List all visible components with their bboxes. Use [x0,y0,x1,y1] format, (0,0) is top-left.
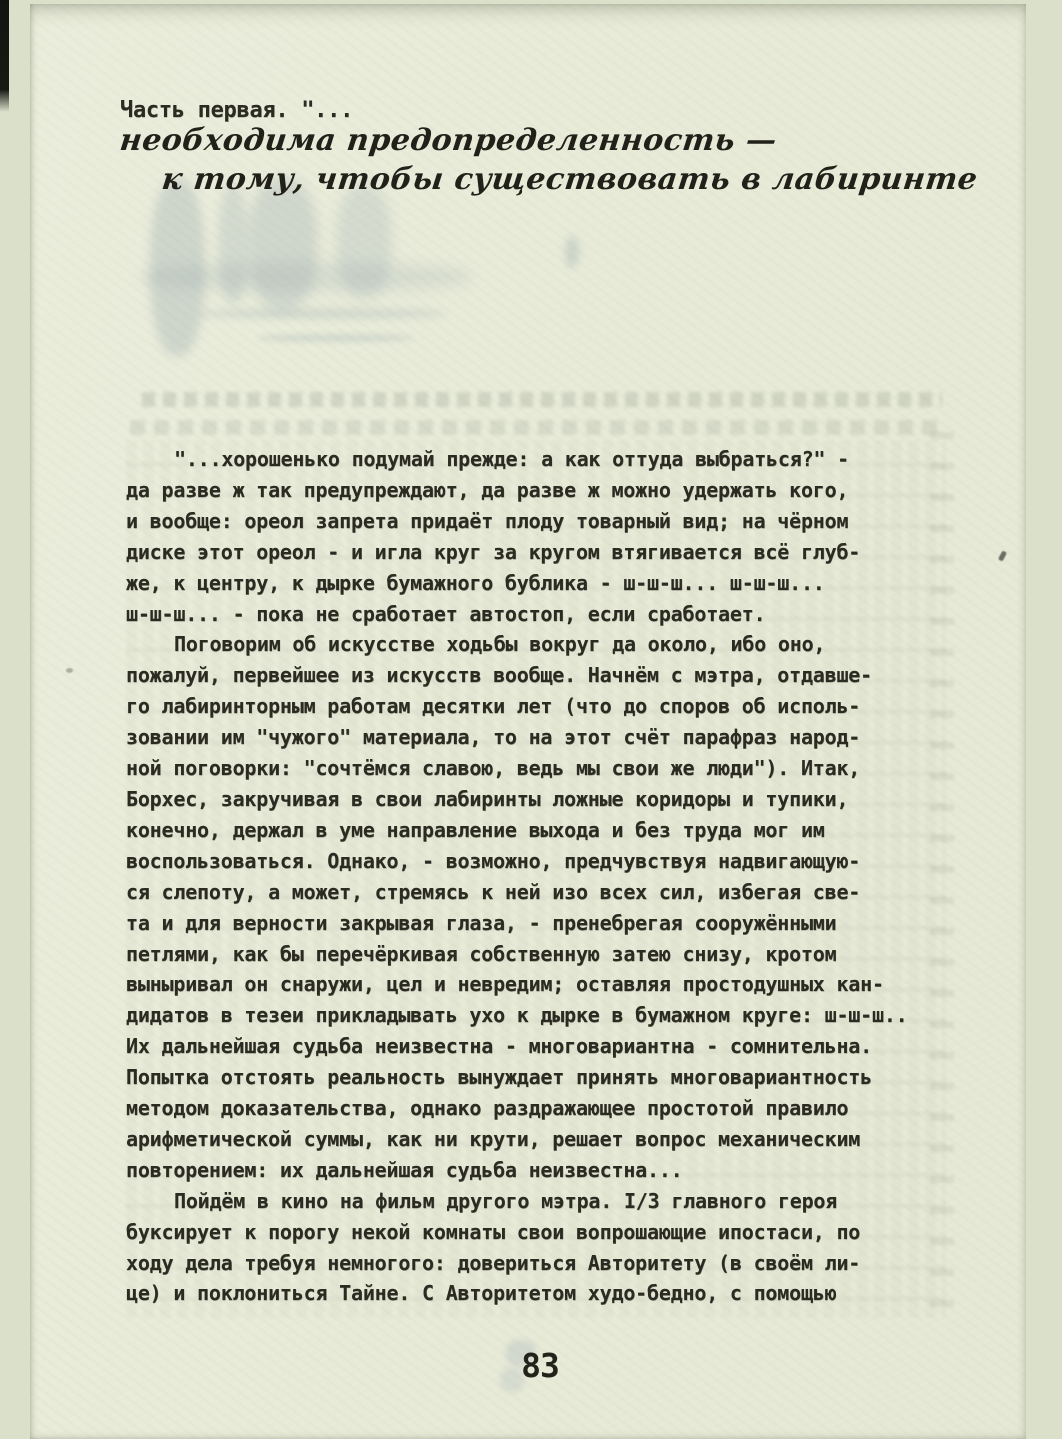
text-line: же, к центру, к дырке бумажного бублика … [126,568,956,599]
ink-smudge [565,236,579,268]
text-line: це) и поклониться Тайне. С Авторитетом х… [126,1278,956,1309]
text-line: конечно, держал в уме направление выхода… [126,815,956,846]
text-line: диске этот ореол - и игла круг за кругом… [126,537,956,568]
text-line: ся слепоту, а может, стремясь к ней изо … [126,877,956,908]
text-line: петлями, как бы перечёркивая собственную… [126,939,956,970]
watermark-blob [258,334,413,342]
text-line: буксирует к порогу некой комнаты свои во… [126,1217,956,1248]
text-line: Поговорим об искусстве ходьбы вокруг да … [126,629,956,660]
chapter-header: Часть первая. "... необходима предопреде… [120,98,980,197]
page-number: 83 [498,1346,582,1385]
text-line: воспользоваться. Однако, - возможно, пре… [126,846,956,877]
text-line: Их дальнейшая судьба неизвестна - многов… [126,1031,956,1062]
text-line: арифметической суммы, как ни крути, реша… [126,1124,956,1155]
paragraph: "...хорошенько подумай прежде: а как отт… [126,444,956,629]
handwritten-quote-line1: необходима предопределенность — [118,123,779,158]
text-line: ходу дела требуя немногого: довериться А… [126,1248,956,1279]
ink-bleed-watermark [140,178,485,373]
watermark-blob [140,262,472,292]
text-line: да разве ж так предупреждают, да разве ж… [126,475,956,506]
text-line: и вообще: ореол запрета придаёт плоду то… [126,506,956,537]
text-line: выныривал он снаружи, цел и невредим; ос… [126,969,956,1000]
bleedthrough-line [142,392,942,407]
scan-edge-artifact [0,0,9,112]
paragraph: Пойдём в кино на фильм другого мэтра. I/… [126,1186,956,1310]
text-line: дидатов в тезеи прикладывать ухо к дырке… [126,1000,956,1031]
ink-speck [66,668,73,673]
text-line: зовании им "чужого" материала, то на это… [126,722,956,753]
text-line: "...хорошенько подумай прежде: а как отт… [126,444,956,475]
text-line: Попытка отстоять реальность вынуждает пр… [126,1062,956,1093]
watermark-blob [200,308,445,319]
text-line: та и для верности закрывая глаза, - прен… [126,908,956,939]
text-line: методом доказательства, однако раздражаю… [126,1093,956,1124]
scanned-page: Часть первая. "... необходима предопреде… [0,0,1062,1439]
chapter-title-typed: Часть первая. "... [120,98,353,123]
text-line: ной поговорки: "сочтёмся славою, ведь мы… [126,753,956,784]
text-line: повторением: их дальнейшая судьба неизве… [126,1155,956,1186]
text-line: пожалуй, первейшее из искусств вообще. Н… [126,660,956,691]
text-line: Пойдём в кино на фильм другого мэтра. I/… [126,1186,956,1217]
handwritten-quote-line2: к тому, чтобы существовать в лабиринте [160,162,980,197]
text-line: Борхес, закручивая в свои лабиринты ложн… [126,784,956,815]
bleedthrough-line [130,420,945,435]
body-text: "...хорошенько подумай прежде: а как отт… [126,444,956,1309]
text-line: го лабиринторным работам десятки лет (чт… [126,691,956,722]
text-line: ш-ш-ш... - пока не сработает автостоп, е… [126,599,956,630]
paragraph: Поговорим об искусстве ходьбы вокруг да … [126,629,956,1185]
